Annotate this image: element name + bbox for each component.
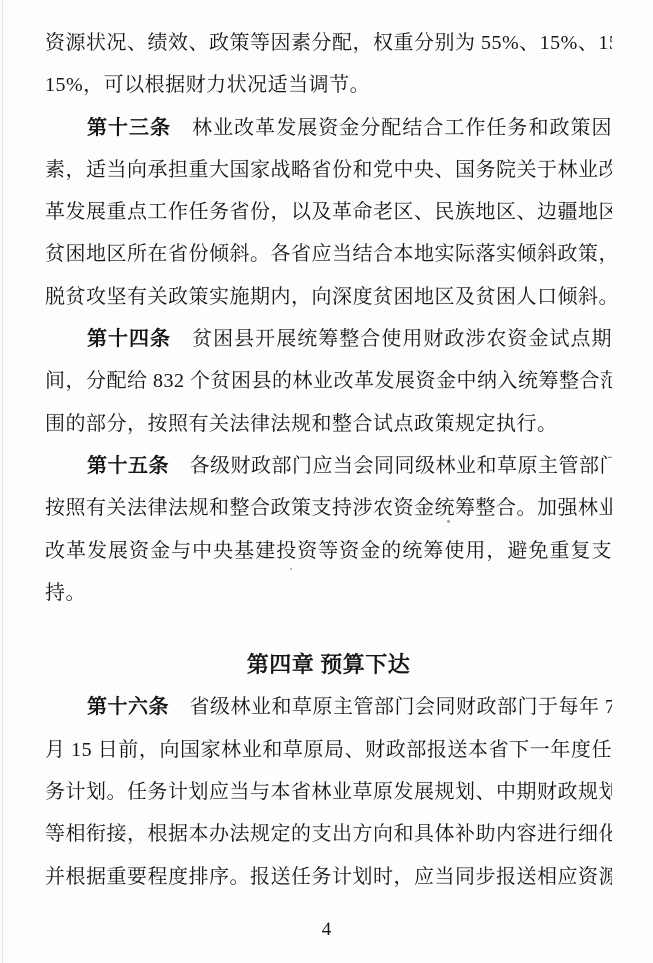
text-run: 各级财政部门应当会同同级林业和草原主管部门 bbox=[169, 455, 612, 477]
text-run: 按照有关法律法规和整合政策支持涉农资金统筹整合。加强林业 bbox=[45, 497, 612, 519]
text-run: 改革发展资金与中央基建投资等资金的统筹使用，避免重复支 bbox=[45, 540, 612, 562]
text-line: 第十六条 省级林业和草原主管部门会同财政部门于每年 7 bbox=[45, 686, 612, 728]
text-line: 改革发展资金与中央基建投资等资金的统筹使用，避免重复支 bbox=[45, 530, 612, 572]
text-line: 第十五条 各级财政部门应当会同同级林业和草原主管部门 bbox=[45, 445, 612, 487]
text-run: 革发展重点工作任务省份，以及革命老区、民族地区、边疆地区、 bbox=[45, 201, 612, 223]
text-run: 务计划。任务计划应当与本省林业草原发展规划、中期财政规划 bbox=[45, 781, 612, 803]
bold-run: 第十四条 bbox=[87, 328, 171, 350]
text-line bbox=[45, 614, 612, 644]
text-line: 并根据重要程度排序。报送任务计划时，应当同步报送相应资源 bbox=[45, 856, 612, 898]
text-run: 持。 bbox=[45, 582, 86, 604]
text-run: 15%，可以根据财力状况适当调节。 bbox=[45, 74, 370, 96]
text-run: 林业改革发展资金分配结合工作任务和政策因 bbox=[171, 117, 612, 139]
text-line: 资源状况、绩效、政策等因素分配，权重分别为 55%、15%、15%、 bbox=[45, 22, 612, 64]
text-line: 脱贫攻坚有关政策实施期内，向深度贫困地区及贫困人口倾斜。 bbox=[45, 276, 612, 318]
text-run: 并根据重要程度排序。报送任务计划时，应当同步报送相应资源 bbox=[45, 866, 612, 888]
text-run: 贫困县开展统筹整合使用财政涉农资金试点期 bbox=[171, 328, 612, 350]
text-run: 素，适当向承担重大国家战略省份和党中央、国务院关于林业改 bbox=[45, 159, 612, 181]
text-line: 等相衔接，根据本办法规定的支出方向和具体补助内容进行细化 bbox=[45, 813, 612, 855]
text-line: 素，适当向承担重大国家战略省份和党中央、国务院关于林业改 bbox=[45, 149, 612, 191]
text-line: 第十四条 贫困县开展统筹整合使用财政涉农资金试点期 bbox=[45, 318, 612, 360]
chapter-heading: 第四章 预算下达 bbox=[45, 644, 612, 686]
page-number: 4 bbox=[0, 915, 653, 945]
text-line: 月 15 日前，向国家林业和草原局、财政部报送本省下一年度任 bbox=[45, 729, 612, 771]
text-run: 脱贫攻坚有关政策实施期内，向深度贫困地区及贫困人口倾斜。 bbox=[45, 286, 612, 308]
text-run: 围的部分，按照有关法律法规和整合试点政策规定执行。 bbox=[45, 413, 558, 435]
text-run: 等相衔接，根据本办法规定的支出方向和具体补助内容进行细化 bbox=[45, 823, 612, 845]
text-line: 第十三条 林业改革发展资金分配结合工作任务和政策因 bbox=[45, 107, 612, 149]
text-run: 月 15 日前，向国家林业和草原局、财政部报送本省下一年度任 bbox=[45, 739, 612, 761]
text-line: 间，分配给 832 个贫困县的林业改革发展资金中纳入统筹整合范 bbox=[45, 360, 612, 402]
text-line: 围的部分，按照有关法律法规和整合试点政策规定执行。 bbox=[45, 403, 612, 445]
scan-edge-artifact bbox=[2, 0, 3, 963]
bold-run: 第四章 预算下达 bbox=[247, 652, 411, 677]
text-line: 15%，可以根据财力状况适当调节。 bbox=[45, 64, 612, 106]
text-line: 务计划。任务计划应当与本省林业草原发展规划、中期财政规划 bbox=[45, 771, 612, 813]
bold-run: 第十六条 bbox=[87, 696, 169, 718]
text-line: 贫困地区所在省份倾斜。各省应当结合本地实际落实倾斜政策， bbox=[45, 233, 612, 275]
text-run: 资源状况、绩效、政策等因素分配，权重分别为 55%、15%、15%、 bbox=[45, 32, 612, 54]
text-line: 按照有关法律法规和整合政策支持涉农资金统筹整合。加强林业 bbox=[45, 487, 612, 529]
bold-run: 第十五条 bbox=[87, 455, 169, 477]
text-line: 革发展重点工作任务省份，以及革命老区、民族地区、边疆地区、 bbox=[45, 191, 612, 233]
bold-run: 第十三条 bbox=[87, 117, 171, 139]
text-line: 持。 bbox=[45, 572, 612, 614]
document-page: 资源状况、绩效、政策等因素分配，权重分别为 55%、15%、15%、15%，可以… bbox=[0, 0, 653, 963]
text-run: 贫困地区所在省份倾斜。各省应当结合本地实际落实倾斜政策， bbox=[45, 243, 612, 265]
document-body: 资源状况、绩效、政策等因素分配，权重分别为 55%、15%、15%、15%，可以… bbox=[45, 22, 612, 898]
text-run: 间，分配给 832 个贫困县的林业改革发展资金中纳入统筹整合范 bbox=[45, 370, 612, 392]
text-run: 省级林业和草原主管部门会同财政部门于每年 7 bbox=[169, 696, 612, 718]
